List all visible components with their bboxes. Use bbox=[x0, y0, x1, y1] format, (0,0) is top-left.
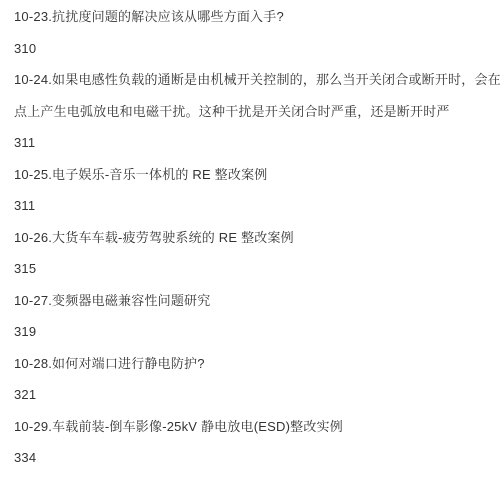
toc-page-number: 321 bbox=[14, 379, 493, 411]
toc-entry-continuation: 点上产生电弧放电和电磁干扰。这种干扰是开关闭合时严重，还是断开时严 bbox=[14, 96, 493, 128]
document-page: 10-23.抗扰度问题的解决应该从哪些方面入手? 310 10-24.如果电感性… bbox=[0, 0, 501, 482]
toc-entry: 10-27.变频器电磁兼容性问题研究 bbox=[14, 285, 493, 317]
toc-page-number: 311 bbox=[14, 127, 493, 159]
toc-entry: 10-24.如果电感性负载的通断是由机械开关控制的，那么当开关闭合或断开时，会在… bbox=[14, 64, 493, 96]
toc-entry: 10-26.大货车车载-疲劳驾驶系统的 RE 整改案例 bbox=[14, 222, 493, 254]
toc-page-number: 319 bbox=[14, 316, 493, 348]
toc-page-number: 334 bbox=[14, 442, 493, 474]
toc-entry: 10-23.抗扰度问题的解决应该从哪些方面入手? bbox=[14, 1, 493, 33]
toc-page-number: 310 bbox=[14, 33, 493, 65]
toc-page-number: 315 bbox=[14, 253, 493, 285]
toc-page-number: 311 bbox=[14, 190, 493, 222]
toc-entry: 10-29.车载前装-倒车影像-25kV 静电放电(ESD)整改实例 bbox=[14, 411, 493, 443]
toc-entry: 10-28.如何对端口进行静电防护? bbox=[14, 348, 493, 380]
toc-entry: 10-25.电子娱乐-音乐一体机的 RE 整改案例 bbox=[14, 159, 493, 191]
